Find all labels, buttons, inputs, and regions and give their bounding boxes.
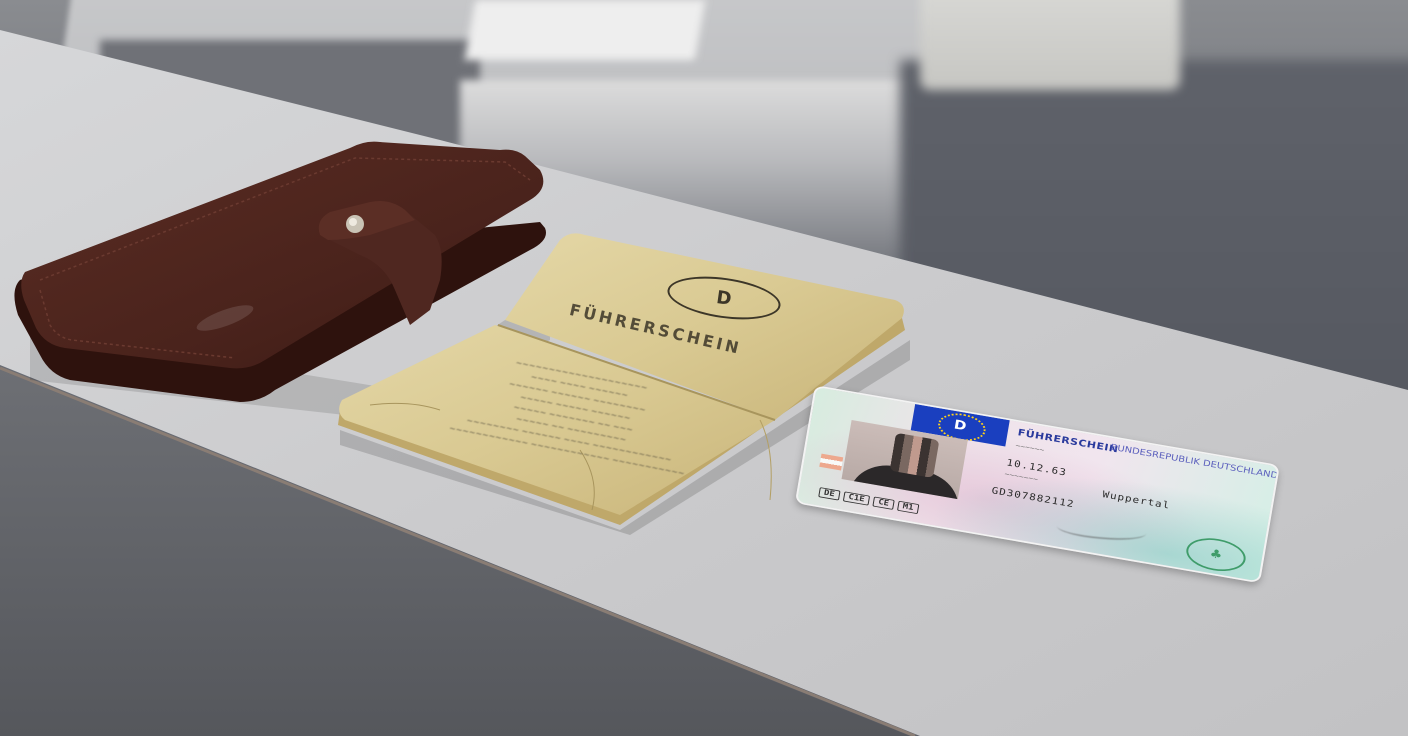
- card-category: C1E: [843, 491, 871, 505]
- card-license-number: GD307882112: [991, 485, 1075, 510]
- card-signature: [1056, 517, 1146, 543]
- card-category: M1: [897, 501, 919, 514]
- license-card: D FÜHRERSCHEIN BUNDESREPUBLIK DEUTSCHLAN…: [795, 385, 1280, 583]
- card-categories: DE C1E CE M1: [818, 487, 919, 514]
- photo-scene: D FÜHRERSCHEIN ~~~~~~~~~~~~~~~~~~~~ ~~~~…: [0, 0, 1408, 736]
- card-category: CE: [872, 497, 894, 510]
- card-field-label: ~~~~~~: [1015, 442, 1045, 454]
- license-card-wrapper: D FÜHRERSCHEIN BUNDESREPUBLIK DEUTSCHLAN…: [755, 385, 1265, 615]
- photo-pixelated-face: [890, 433, 940, 478]
- booklet-country-code: D: [715, 287, 733, 310]
- card-hologram-icon: [819, 454, 843, 471]
- clover-seal-icon: ♣: [1184, 534, 1248, 575]
- card-issuer: BUNDESREPUBLIK DEUTSCHLAND: [1110, 443, 1279, 481]
- card-category: DE: [818, 487, 840, 500]
- card-birth-place: Wuppertal: [1102, 489, 1171, 511]
